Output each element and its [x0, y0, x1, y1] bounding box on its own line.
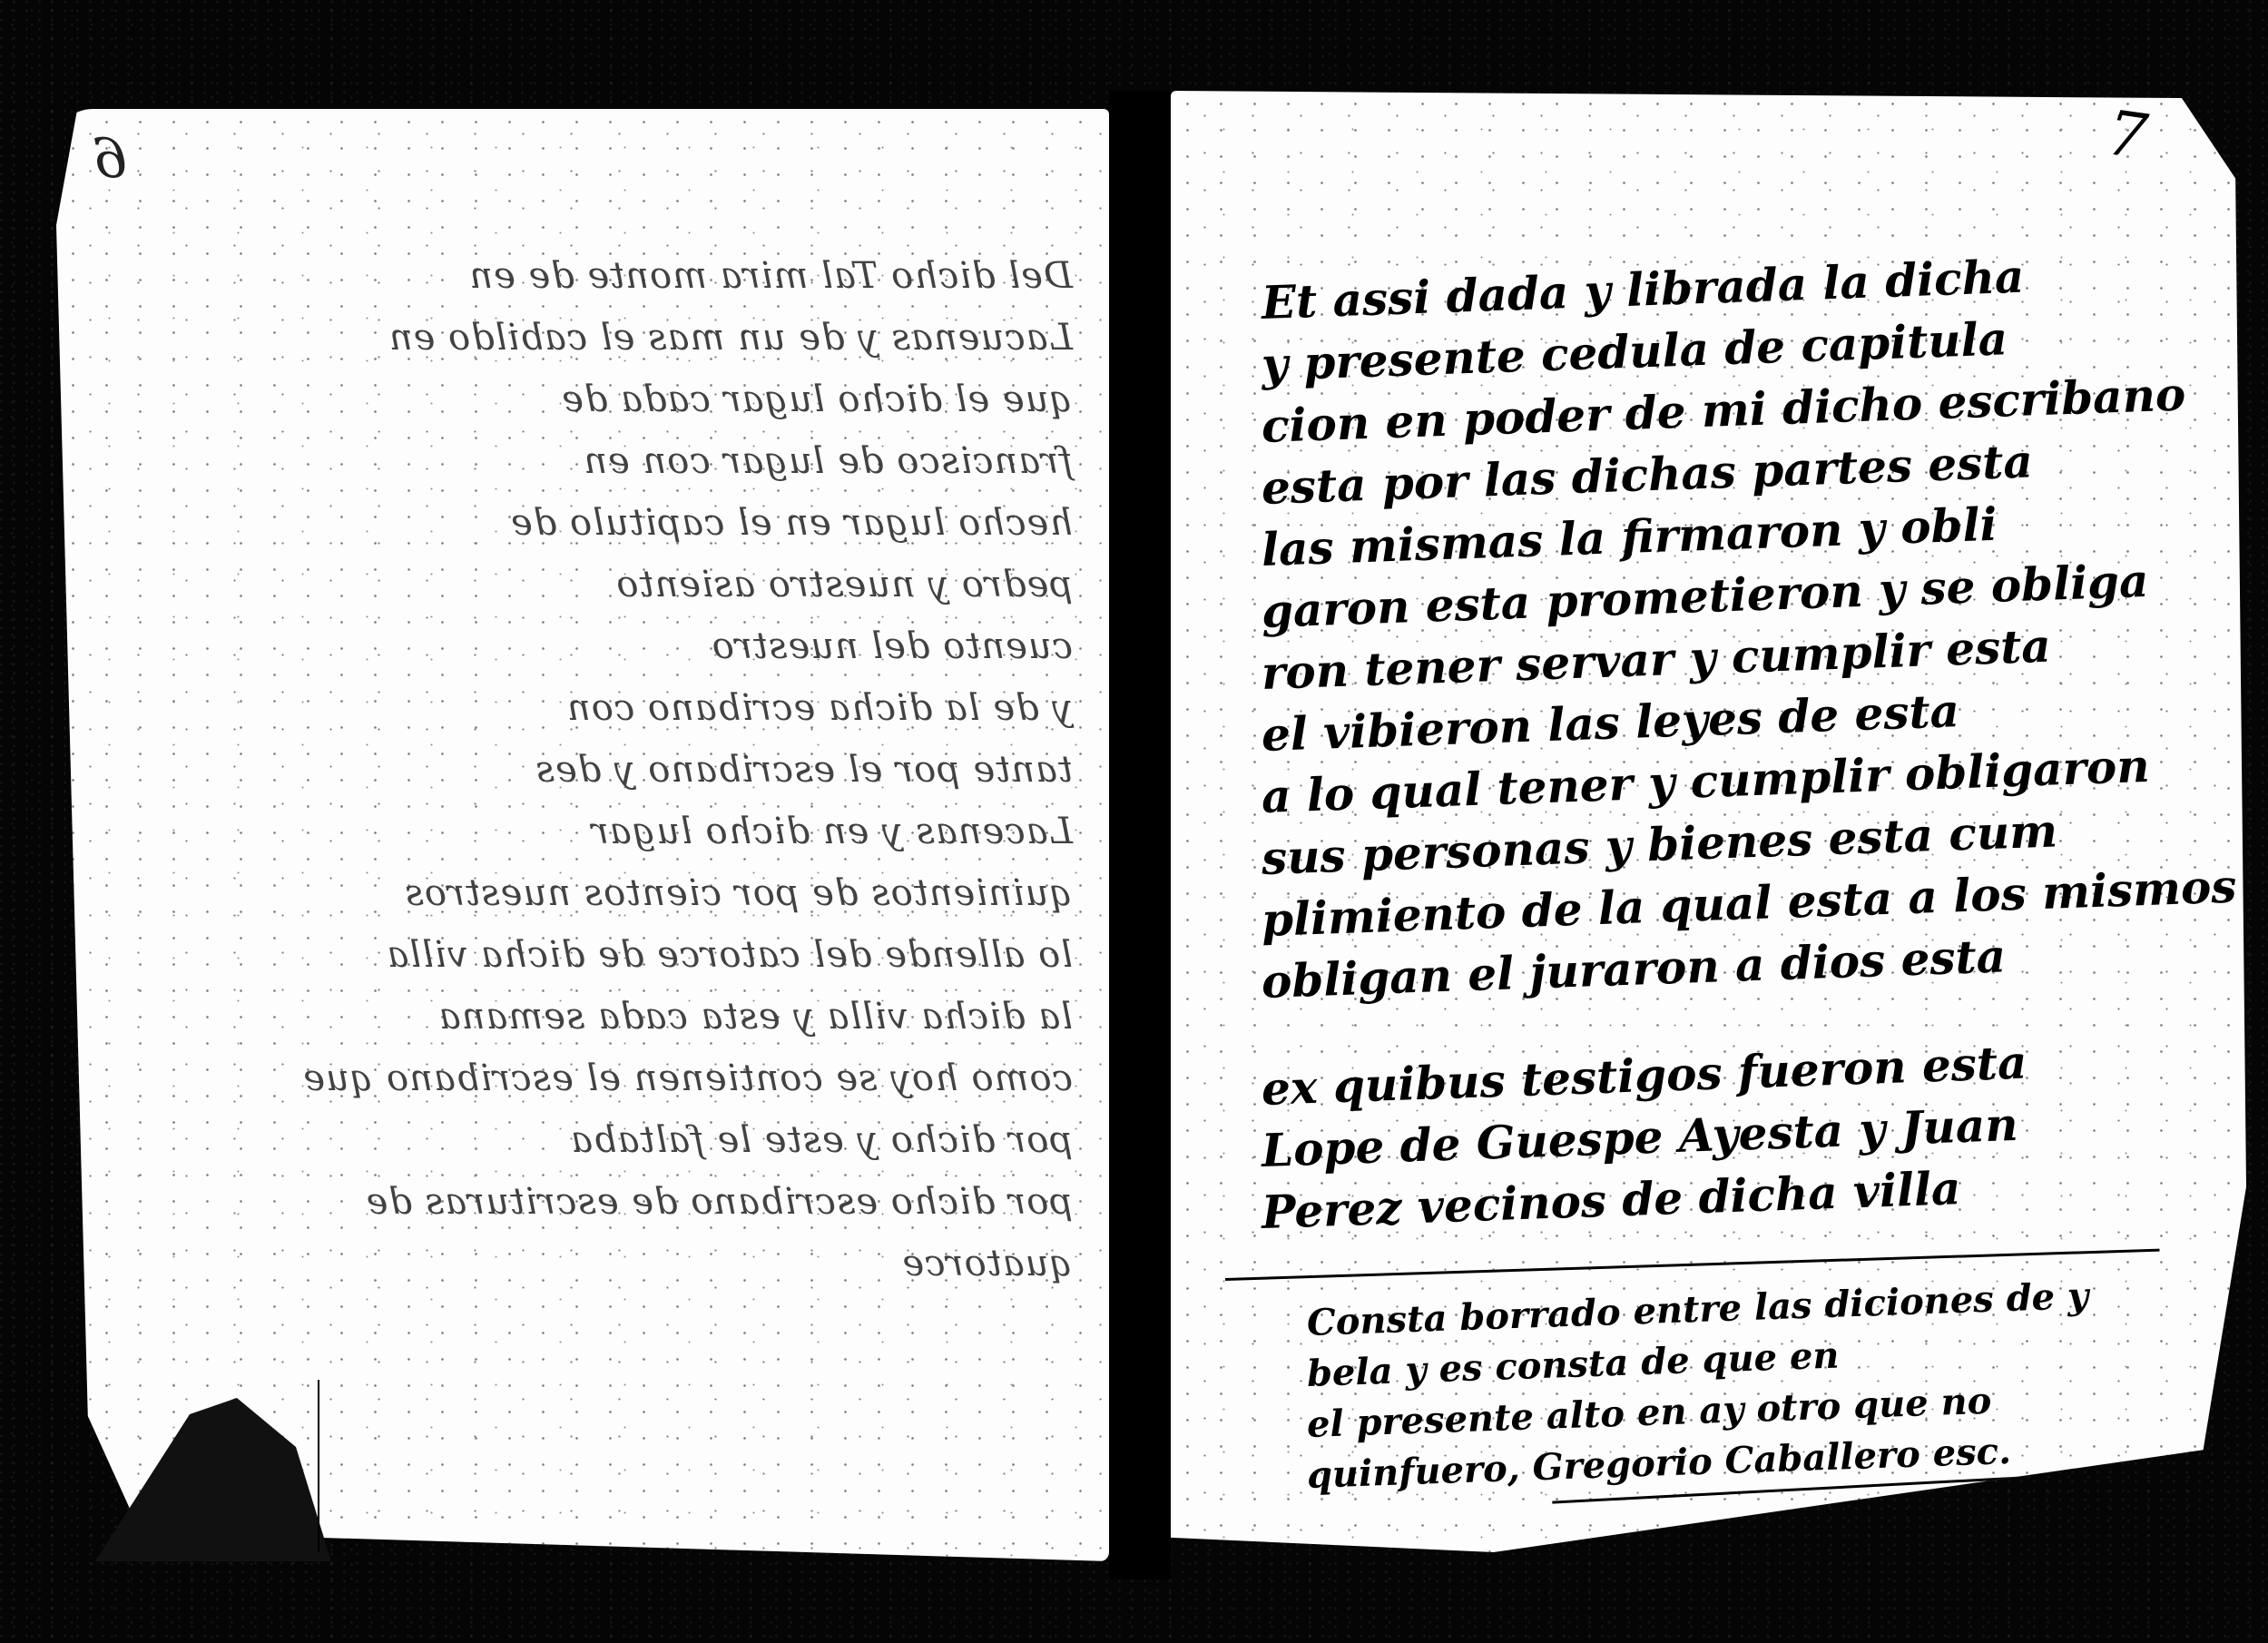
bleed-line: que el dicho lugar cada de: [93, 369, 1073, 430]
bleed-line: por dicho escribano de escrituras de: [93, 1171, 1073, 1233]
bleed-line: Lacenas y en dicho lugar: [93, 801, 1073, 862]
bleed-through-text: Del dicho Tal mira monte de en Lacuenas …: [93, 245, 1073, 1294]
left-page: 6 Del dicho Tal mira monte de en Lacuena…: [56, 109, 1109, 1561]
bleed-line: cuento del nuestro: [93, 615, 1073, 677]
right-folio-number: 7: [2102, 97, 2151, 173]
page-edge-line: [318, 1380, 319, 1552]
left-folio-number: 6: [93, 127, 127, 191]
bleed-line: lo allende del catorce de dicha villa: [93, 924, 1073, 986]
bleed-line: la dicha villa y esta cada semana: [93, 986, 1073, 1048]
book-spine: [1109, 91, 1171, 1579]
main-text-block: Et assi dada y librada la dicha y presen…: [1262, 272, 2214, 1244]
bleed-line: francisco de lugar con en: [93, 430, 1073, 492]
bleed-line: por dicho y este le faltaba: [93, 1109, 1073, 1171]
bleed-line: quinientos de por cientos nuestros: [93, 862, 1073, 924]
bleed-line: pedro y nuestro asiento: [93, 554, 1073, 615]
bleed-line: Lacuenas y de un mas el cabildo en: [93, 307, 1073, 369]
bleed-line: como hoy se contienen el escribano que: [93, 1048, 1073, 1109]
bleed-line: y de la dicha ecribano con: [93, 677, 1073, 739]
bleed-line: tante por el escribano y des: [93, 739, 1073, 801]
right-page: 7 Et assi dada y librada la dicha y pres…: [1171, 91, 2246, 1552]
bleed-line: quatorce: [93, 1233, 1073, 1294]
bleed-line: Del dicho Tal mira monte de en: [93, 245, 1073, 307]
bleed-line: hecho lugar en el capitulo de: [93, 492, 1073, 554]
